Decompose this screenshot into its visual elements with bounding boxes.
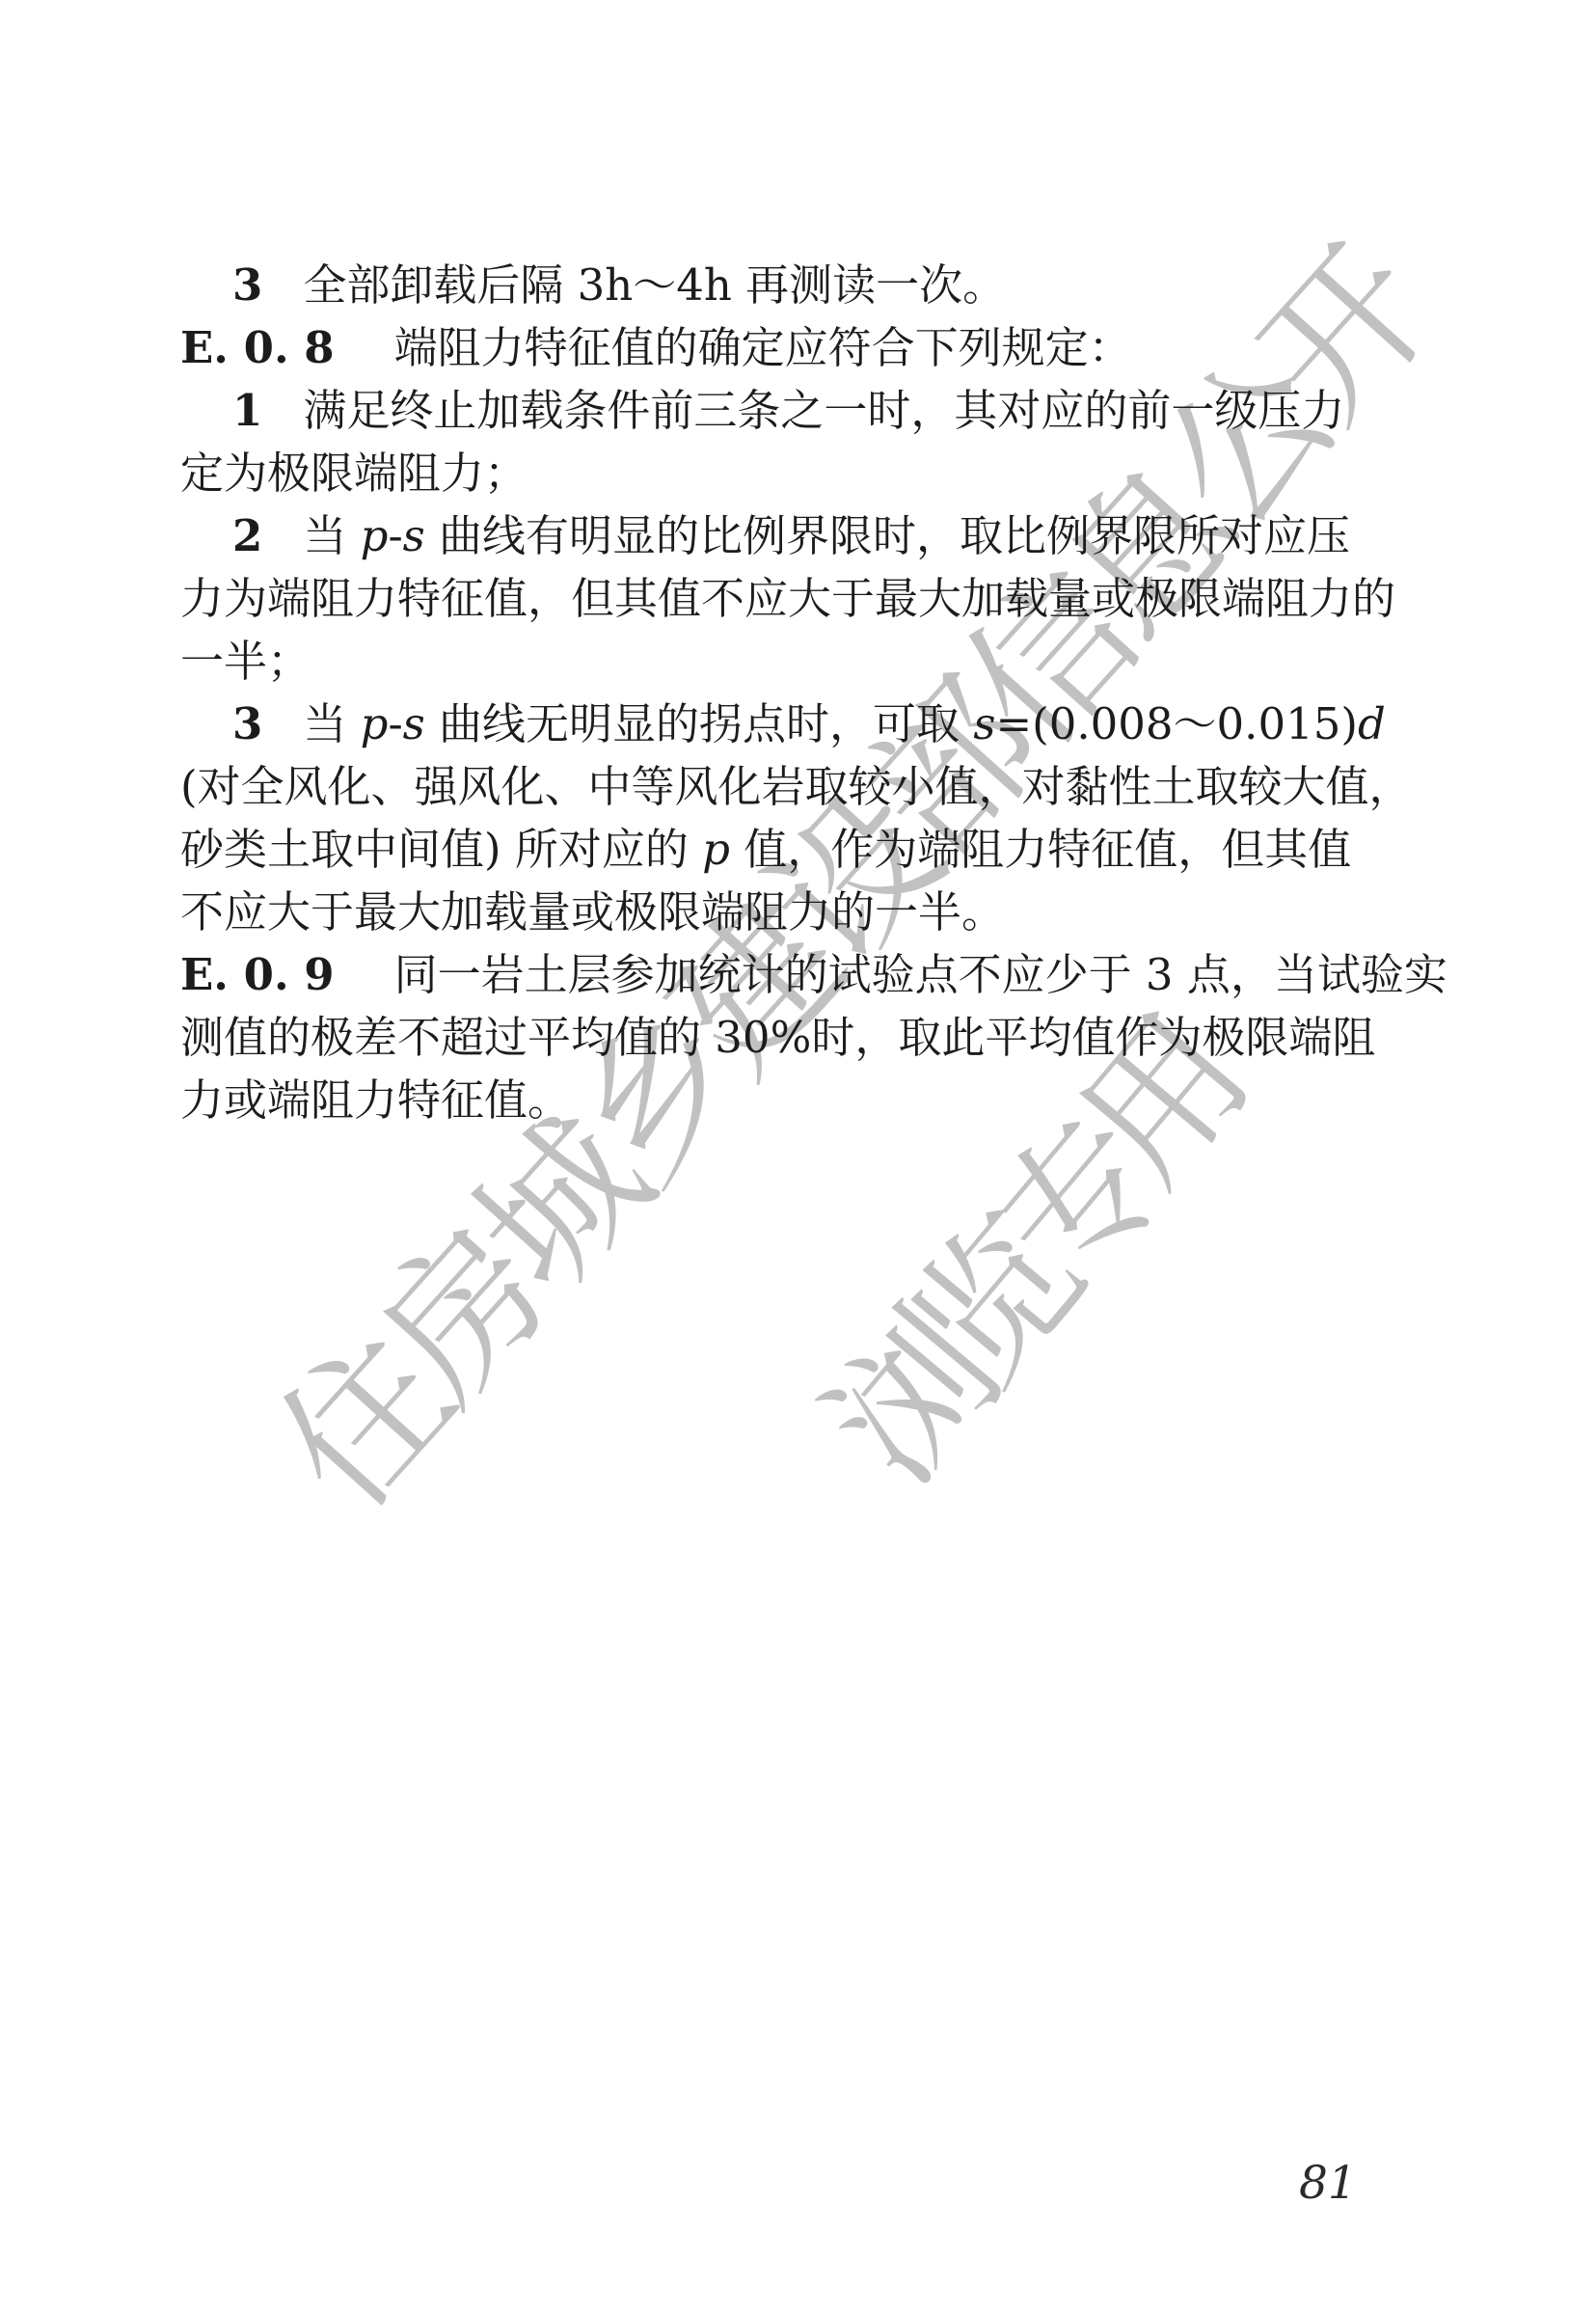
text-segment: 3 [232, 698, 262, 749]
text-segment: 端阻力特征值的确定应符合下列规定： [394, 322, 1132, 373]
page-number: 81 [1299, 2157, 1357, 2210]
text-segment: 3 [232, 259, 262, 311]
text-segment: 全部卸载后隔 3h～4h 再测读一次。 [303, 259, 1006, 311]
text-line: 测值的极差不超过平均值的 30%时，取此平均值作为极限端阻 [180, 1006, 1405, 1069]
text-line: E. 0. 9同一岩土层参加统计的试验点不应少于 3 点，当试验实 [180, 943, 1405, 1006]
text-line: 力或端阻力特征值。 [180, 1069, 1405, 1131]
text-segment: 同一岩土层参加统计的试验点不应少于 3 点，当试验实 [394, 949, 1447, 1000]
text-line: 2当 p-s 曲线有明显的比例界限时，取比例界限所对应压 [180, 504, 1405, 567]
document-body: 3全部卸载后隔 3h～4h 再测读一次。E. 0. 8端阻力特征值的确定应符合下… [180, 254, 1405, 1131]
text-line: (对全风化、强风化、中等风化岩取较小值，对黏性土取较大值， [180, 755, 1405, 818]
text-segment: (对全风化、强风化、中等风化岩取较小值，对黏性土取较大值， [180, 761, 1413, 812]
text-segment: 值，作为端阻力特征值，但其值 [730, 824, 1351, 875]
text-line: 力为端阻力特征值，但其值不应大于最大加载量或极限端阻力的 [180, 567, 1405, 630]
text-segment: s [403, 698, 425, 749]
text-segment: 1 [232, 385, 262, 436]
text-segment: 当 [303, 510, 360, 561]
text-segment: 2 [232, 510, 262, 561]
text-segment: E. 0. 8 [180, 322, 335, 373]
text-segment: 砂类土取中间值) 所对应的 [180, 824, 702, 875]
text-segment: s [403, 510, 425, 561]
text-line: 一半； [180, 630, 1405, 693]
text-line: 砂类土取中间值) 所对应的 p 值，作为端阻力特征值，但其值 [180, 818, 1405, 881]
text-segment: 力或端阻力特征值。 [180, 1074, 571, 1126]
text-line: 不应大于最大加载量或极限端阻力的一半。 [180, 881, 1405, 943]
text-line: 定为极限端阻力； [180, 442, 1405, 504]
text-segment: 不应大于最大加载量或极限端阻力的一半。 [180, 886, 1005, 938]
text-segment: 当 [303, 698, 360, 749]
text-segment: 曲线有明显的比例界限时，取比例界限所对应压 [425, 510, 1350, 561]
text-segment: - [388, 698, 402, 749]
text-segment: - [388, 510, 402, 561]
text-segment: 一半； [180, 636, 311, 687]
text-segment: 力为端阻力特征值，但其值不应大于最大加载量或极限端阻力的 [180, 573, 1395, 624]
text-segment: p [361, 510, 389, 561]
text-segment: p [361, 698, 389, 749]
text-segment: 满足终止加载条件前三条之一时，其对应的前一级压力 [303, 385, 1344, 436]
text-segment: 定为极限端阻力； [180, 448, 527, 499]
text-segment: 测值的极差不超过平均值的 30%时，取此平均值作为极限端阻 [180, 1012, 1375, 1063]
text-segment: p [702, 824, 730, 875]
text-segment: d [1358, 698, 1386, 749]
text-line: 3当 p-s 曲线无明显的拐点时，可取 s=(0.008～0.015)d [180, 693, 1405, 755]
text-line: 1满足终止加载条件前三条之一时，其对应的前一级压力 [180, 379, 1405, 442]
document-page: 住房城乡建设部信息公开 浏览专用 3全部卸载后隔 3h～4h 再测读一次。E. … [0, 0, 1596, 2311]
text-segment: =(0.008～0.015) [995, 698, 1357, 749]
text-line: 3全部卸载后隔 3h～4h 再测读一次。 [180, 254, 1405, 316]
text-segment: s [973, 698, 995, 749]
text-segment: E. 0. 9 [180, 949, 335, 1000]
text-segment: 曲线无明显的拐点时，可取 [425, 698, 974, 749]
text-line: E. 0. 8端阻力特征值的确定应符合下列规定： [180, 316, 1405, 379]
